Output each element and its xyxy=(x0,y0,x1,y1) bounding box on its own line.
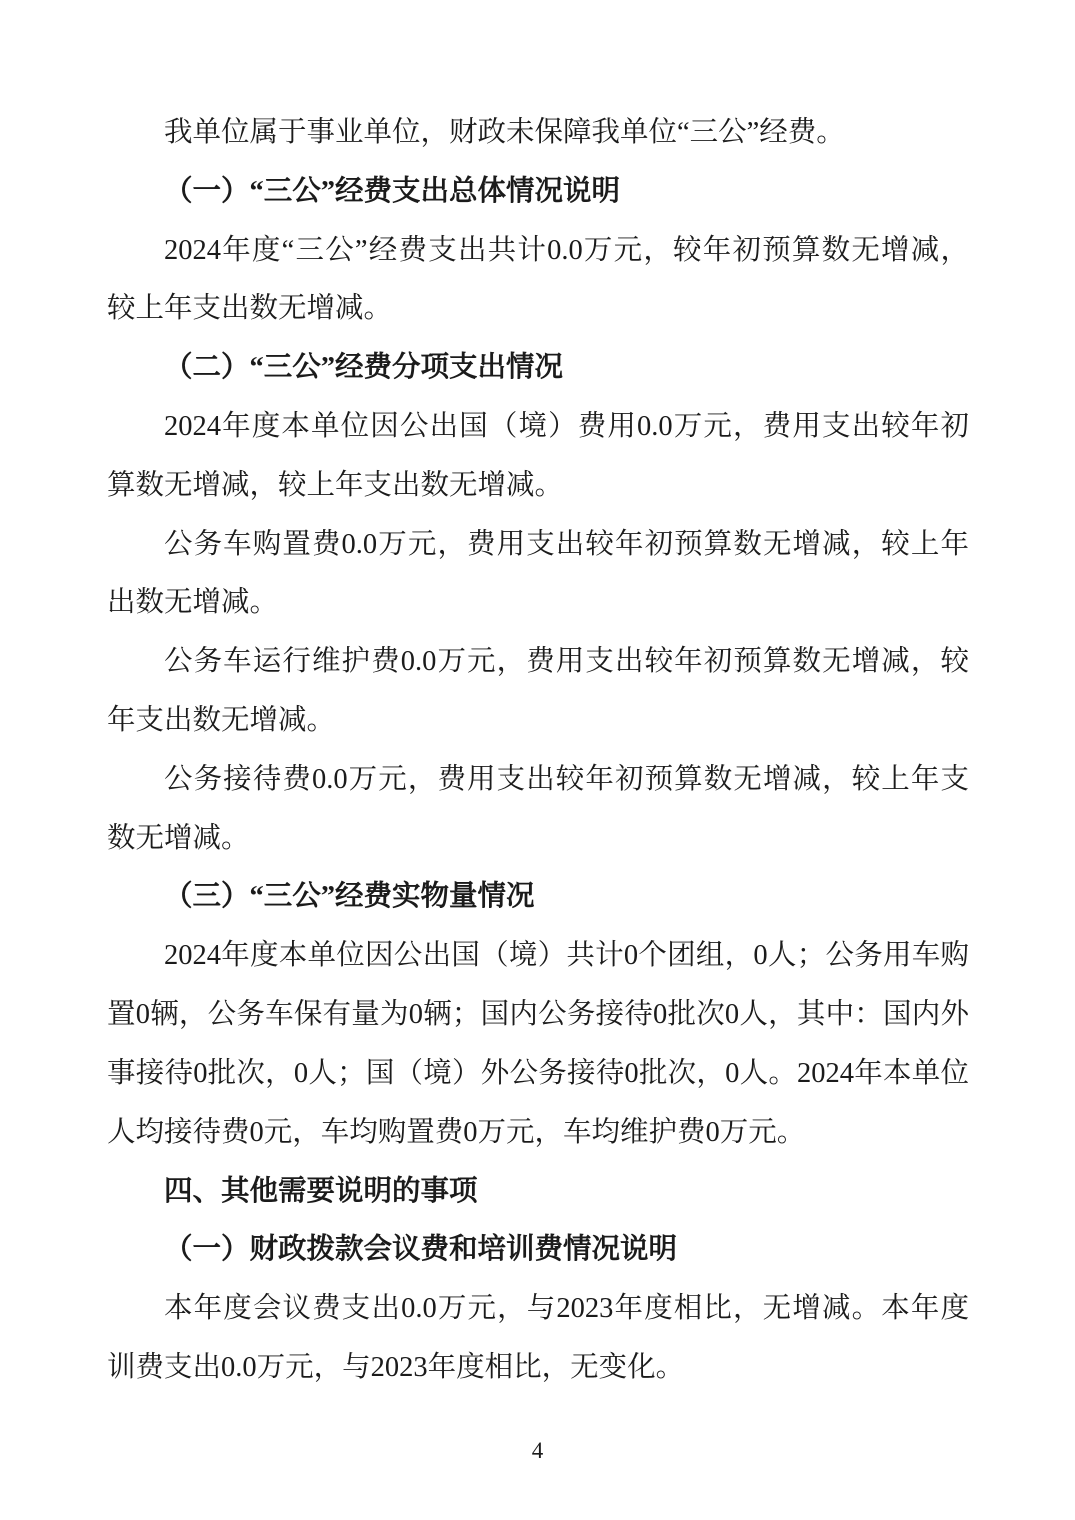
paragraph-intro: 我单位属于事业单位，财政未保障我单位“三公”经费。 xyxy=(107,104,969,163)
document-page: 我单位属于事业单位，财政未保障我单位“三公”经费。 （一）“三公”经费支出总体情… xyxy=(0,0,1075,1520)
paragraph-line: 公务车运行维护费0.0万元，费用支出较年初预算数无增减，较上 xyxy=(107,633,969,692)
paragraph-line: 我单位属于事业单位，财政未保障我单位“三公”经费。 xyxy=(107,104,969,163)
section-heading-2: （二）“三公”经费分项支出情况 xyxy=(107,339,969,398)
paragraph-abroad-expense: 2024年度本单位因公出国（境）费用0.0万元，费用支出较年初预 算数无增减，较… xyxy=(107,398,969,516)
section-heading-1: （一）“三公”经费支出总体情况说明 xyxy=(107,163,969,222)
heading-line: 四、其他需要说明的事项 xyxy=(107,1162,969,1221)
paragraph-line: 数无增减。 xyxy=(107,810,969,869)
heading-line: （一）财政拨款会议费和培训费情况说明 xyxy=(107,1221,969,1280)
heading-line: （三）“三公”经费实物量情况 xyxy=(107,868,969,927)
heading-line: （一）“三公”经费支出总体情况说明 xyxy=(107,163,969,222)
paragraph-physical-quantity: 2024年度本单位因公出国（境）共计0个团组，0人；公务用车购 置0辆，公务车保… xyxy=(107,927,969,1162)
paragraph-line: 年支出数无增减。 xyxy=(107,692,969,751)
heading-line: （二）“三公”经费分项支出情况 xyxy=(107,339,969,398)
paragraph-line: 算数无增减，较上年支出数无增减。 xyxy=(107,457,969,516)
paragraph-line: 公务车购置费0.0万元，费用支出较年初预算数无增减，较上年支 xyxy=(107,516,969,575)
section-heading-3: （三）“三公”经费实物量情况 xyxy=(107,868,969,927)
paragraph-total-expense: 2024年度“三公”经费支出共计0.0万元，较年初预算数无增减， 较上年支出数无… xyxy=(107,222,969,340)
paragraph-line: 2024年度本单位因公出国（境）费用0.0万元，费用支出较年初预 xyxy=(107,398,969,457)
paragraph-line: 本年度会议费支出0.0万元，与2023年度相比，无增减。本年度培 xyxy=(107,1280,969,1339)
paragraph-line: 事接待0批次，0人；国（境）外公务接待0批次，0人。2024年本单位 xyxy=(107,1045,969,1104)
section-heading-4-1: （一）财政拨款会议费和培训费情况说明 xyxy=(107,1221,969,1280)
paragraph-vehicle-purchase: 公务车购置费0.0万元，费用支出较年初预算数无增减，较上年支 出数无增减。 xyxy=(107,516,969,634)
paragraph-line: 训费支出0.0万元，与2023年度相比，无变化。 xyxy=(107,1339,969,1398)
paragraph-line: 2024年度“三公”经费支出共计0.0万元，较年初预算数无增减， xyxy=(107,222,969,281)
page-number: 4 xyxy=(0,1436,1075,1466)
paragraph-line: 出数无增减。 xyxy=(107,574,969,633)
paragraph-line: 人均接待费0元，车均购置费0万元，车均维护费0万元。 xyxy=(107,1104,969,1163)
paragraph-vehicle-maintenance: 公务车运行维护费0.0万元，费用支出较年初预算数无增减，较上 年支出数无增减。 xyxy=(107,633,969,751)
paragraph-reception-expense: 公务接待费0.0万元，费用支出较年初预算数无增减，较上年支出 数无增减。 xyxy=(107,751,969,869)
document-body: 我单位属于事业单位，财政未保障我单位“三公”经费。 （一）“三公”经费支出总体情… xyxy=(107,104,969,1398)
section-heading-4: 四、其他需要说明的事项 xyxy=(107,1162,969,1221)
paragraph-line: 2024年度本单位因公出国（境）共计0个团组，0人；公务用车购 xyxy=(107,927,969,986)
paragraph-line: 置0辆，公务车保有量为0辆；国内公务接待0批次0人，其中：国内外 xyxy=(107,986,969,1045)
paragraph-line: 公务接待费0.0万元，费用支出较年初预算数无增减，较上年支出 xyxy=(107,751,969,810)
paragraph-meeting-training: 本年度会议费支出0.0万元，与2023年度相比，无增减。本年度培 训费支出0.0… xyxy=(107,1280,969,1398)
paragraph-line: 较上年支出数无增减。 xyxy=(107,280,969,339)
